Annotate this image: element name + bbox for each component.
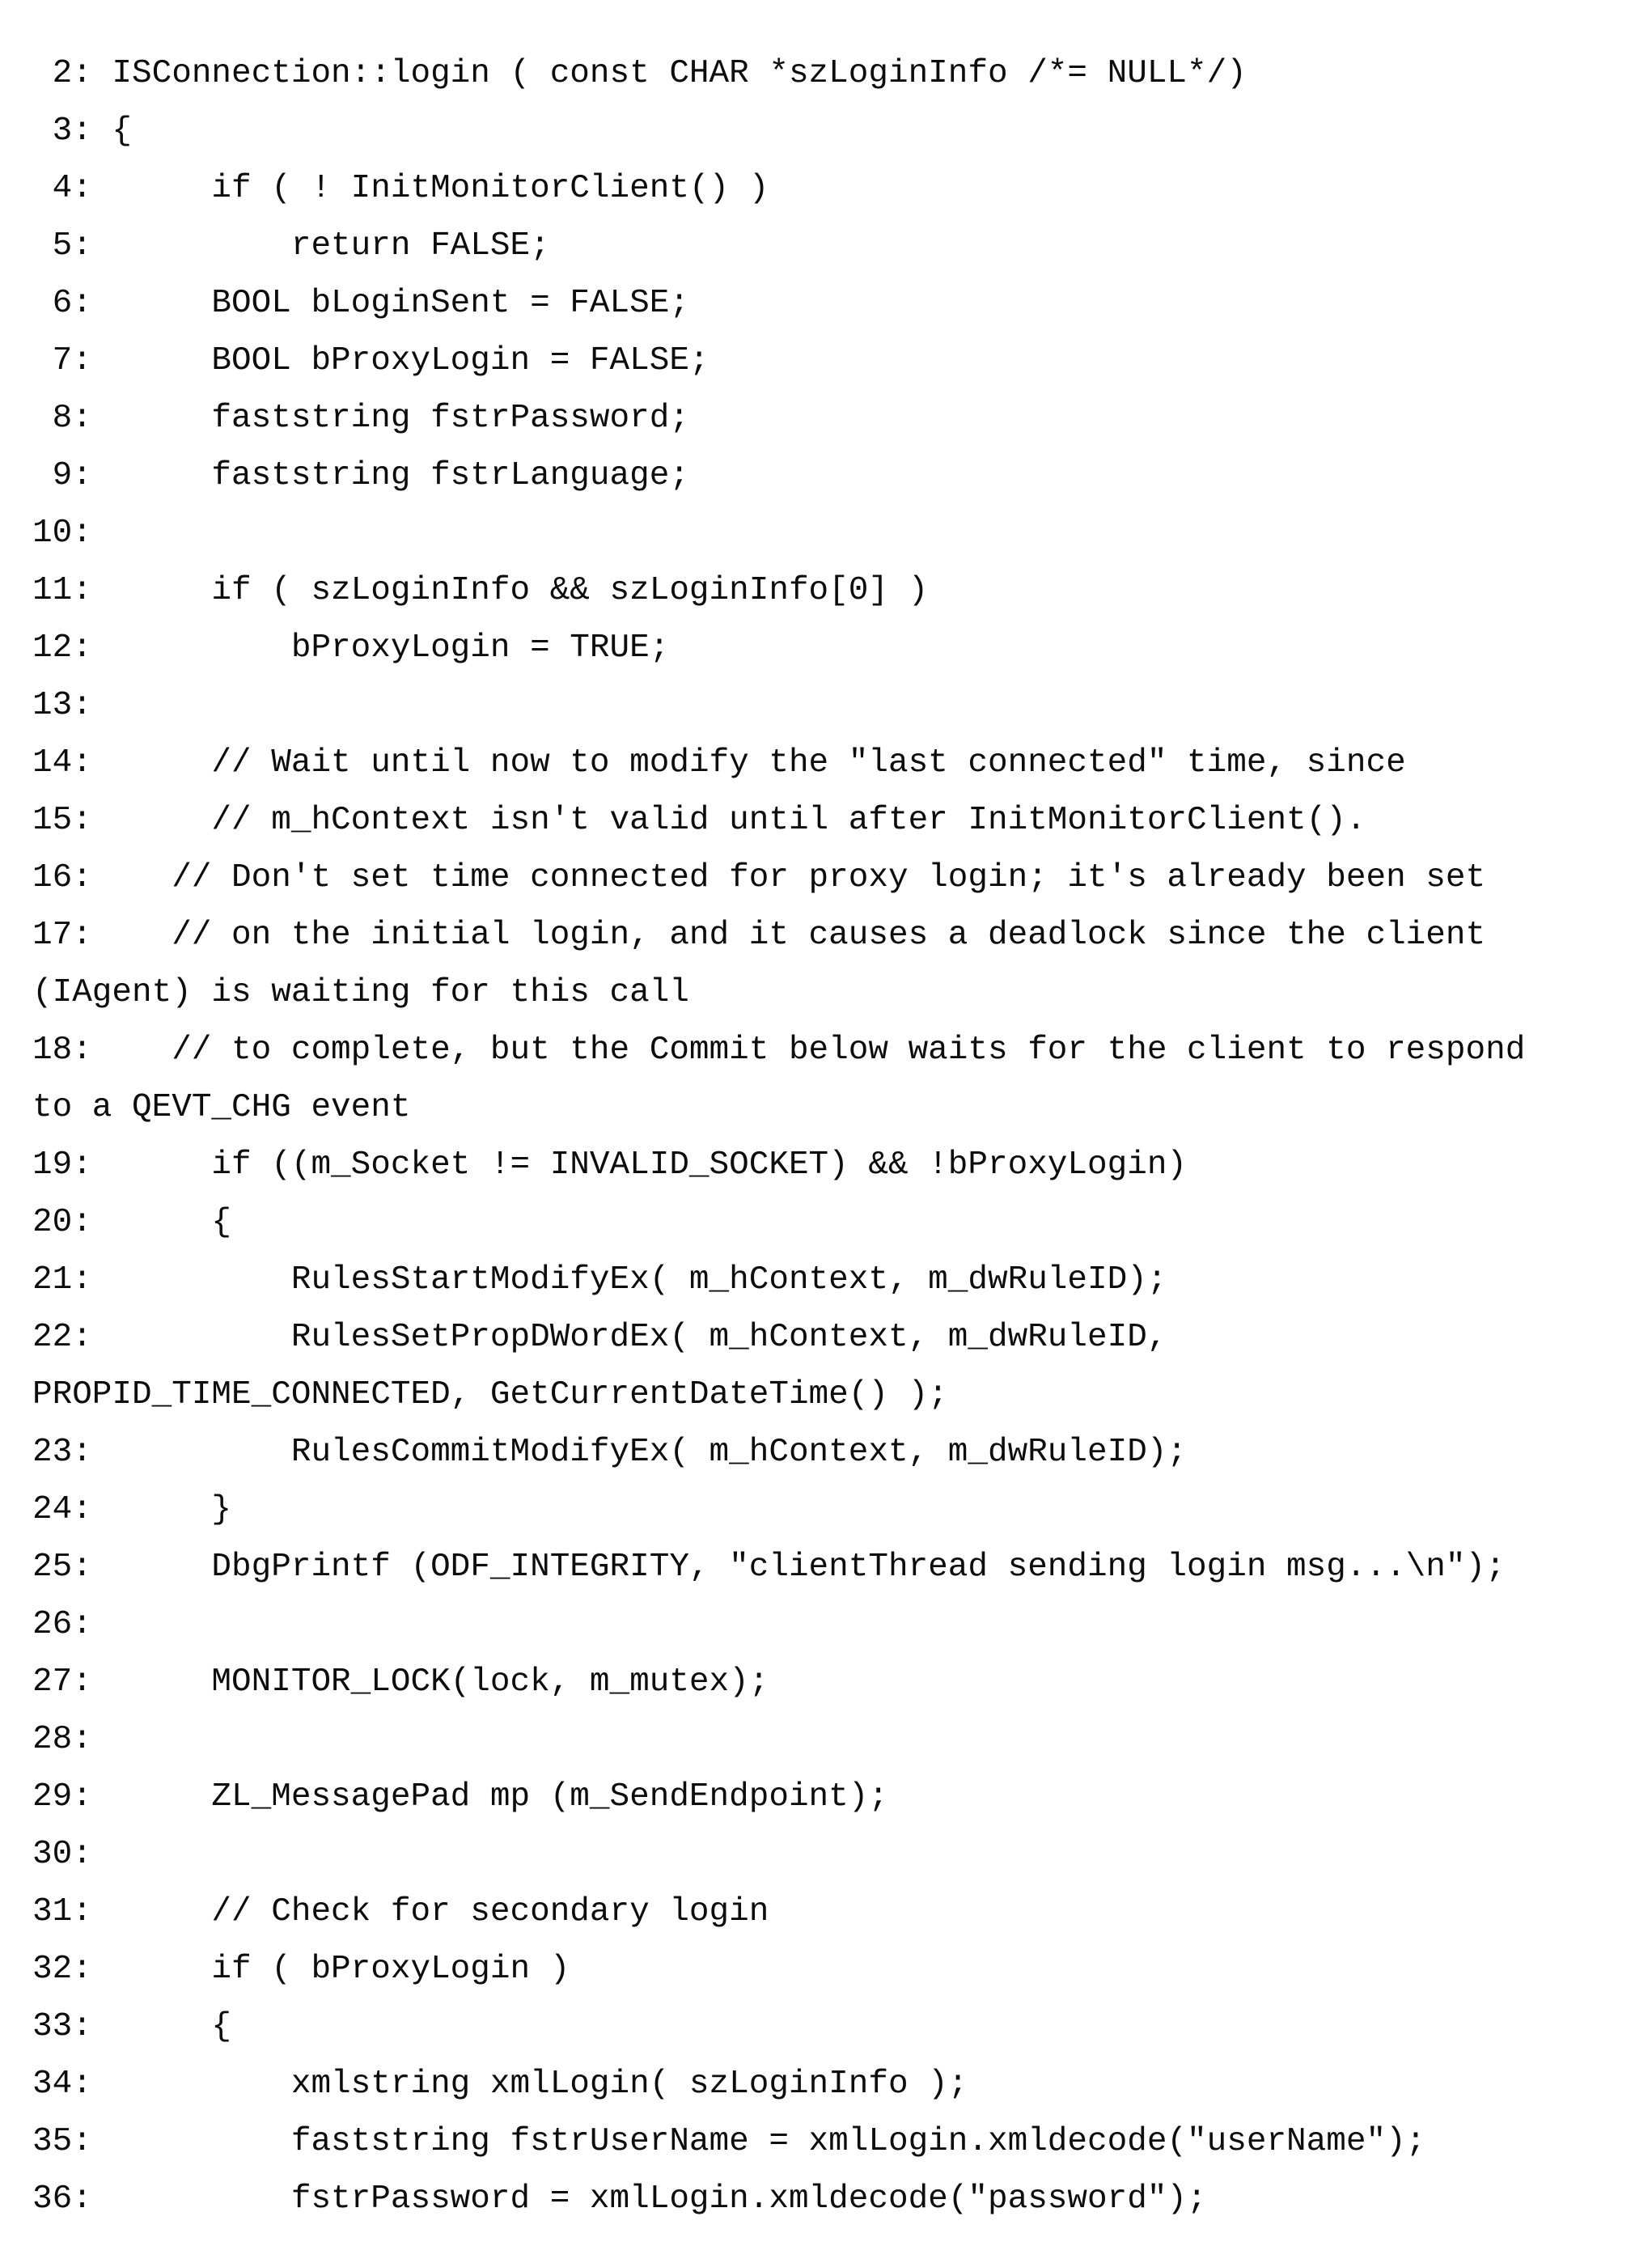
code-line: 6: BOOL bLoginSent = FALSE; <box>32 275 1644 333</box>
code-line: 25: DbgPrintf (ODF_INTEGRITY, "clientThr… <box>32 1539 1644 1596</box>
code-line: 31: // Check for secondary login <box>32 1884 1644 1941</box>
code-line: 19: if ((m_Socket != INVALID_SOCKET) && … <box>32 1137 1644 1194</box>
code-line: 12: bProxyLogin = TRUE; <box>32 620 1644 677</box>
code-listing: 2: ISConnection::login ( const CHAR *szL… <box>0 0 1652 2228</box>
code-line: 27: MONITOR_LOCK(lock, m_mutex); <box>32 1654 1644 1711</box>
code-line: 2: ISConnection::login ( const CHAR *szL… <box>32 45 1644 103</box>
code-line: 10: <box>32 505 1644 562</box>
code-line: to a QEVT_CHG event <box>32 1079 1644 1137</box>
code-line: 20: { <box>32 1194 1644 1252</box>
code-line: 14: // Wait until now to modify the "las… <box>32 735 1644 792</box>
code-line: PROPID_TIME_CONNECTED, GetCurrentDateTim… <box>32 1367 1644 1424</box>
code-line: 23: RulesCommitModifyEx( m_hContext, m_d… <box>32 1424 1644 1481</box>
code-line: 4: if ( ! InitMonitorClient() ) <box>32 160 1644 218</box>
code-line: 33: { <box>32 1998 1644 2056</box>
code-line: 18: // to complete, but the Commit below… <box>32 1022 1644 1079</box>
code-line: 34: xmlstring xmlLogin( szLoginInfo ); <box>32 2056 1644 2113</box>
code-line: 28: <box>32 1711 1644 1769</box>
code-line: 36: fstrPassword = xmlLogin.xmldecode("p… <box>32 2171 1644 2228</box>
code-line: 16: // Don't set time connected for prox… <box>32 850 1644 907</box>
code-line: 7: BOOL bProxyLogin = FALSE; <box>32 333 1644 390</box>
code-line: 26: <box>32 1596 1644 1654</box>
code-line: 8: faststring fstrPassword; <box>32 390 1644 447</box>
code-line: 29: ZL_MessagePad mp (m_SendEndpoint); <box>32 1769 1644 1826</box>
code-line: 35: faststring fstrUserName = xmlLogin.x… <box>32 2113 1644 2171</box>
code-line: 11: if ( szLoginInfo && szLoginInfo[0] ) <box>32 562 1644 620</box>
code-line: 21: RulesStartModifyEx( m_hContext, m_dw… <box>32 1252 1644 1309</box>
code-line: 15: // m_hContext isn't valid until afte… <box>32 792 1644 850</box>
code-line: 32: if ( bProxyLogin ) <box>32 1941 1644 1998</box>
code-line: 3: { <box>32 103 1644 160</box>
code-line: 30: <box>32 1826 1644 1884</box>
code-line: 17: // on the initial login, and it caus… <box>32 907 1644 964</box>
code-line: 22: RulesSetPropDWordEx( m_hContext, m_d… <box>32 1309 1644 1367</box>
code-line: 5: return FALSE; <box>32 218 1644 275</box>
code-line: 13: <box>32 677 1644 735</box>
scanned-code-page: 2: ISConnection::login ( const CHAR *szL… <box>0 0 1652 2263</box>
code-line: 9: faststring fstrLanguage; <box>32 447 1644 505</box>
code-line: (IAgent) is waiting for this call <box>32 964 1644 1022</box>
code-line: 24: } <box>32 1481 1644 1539</box>
